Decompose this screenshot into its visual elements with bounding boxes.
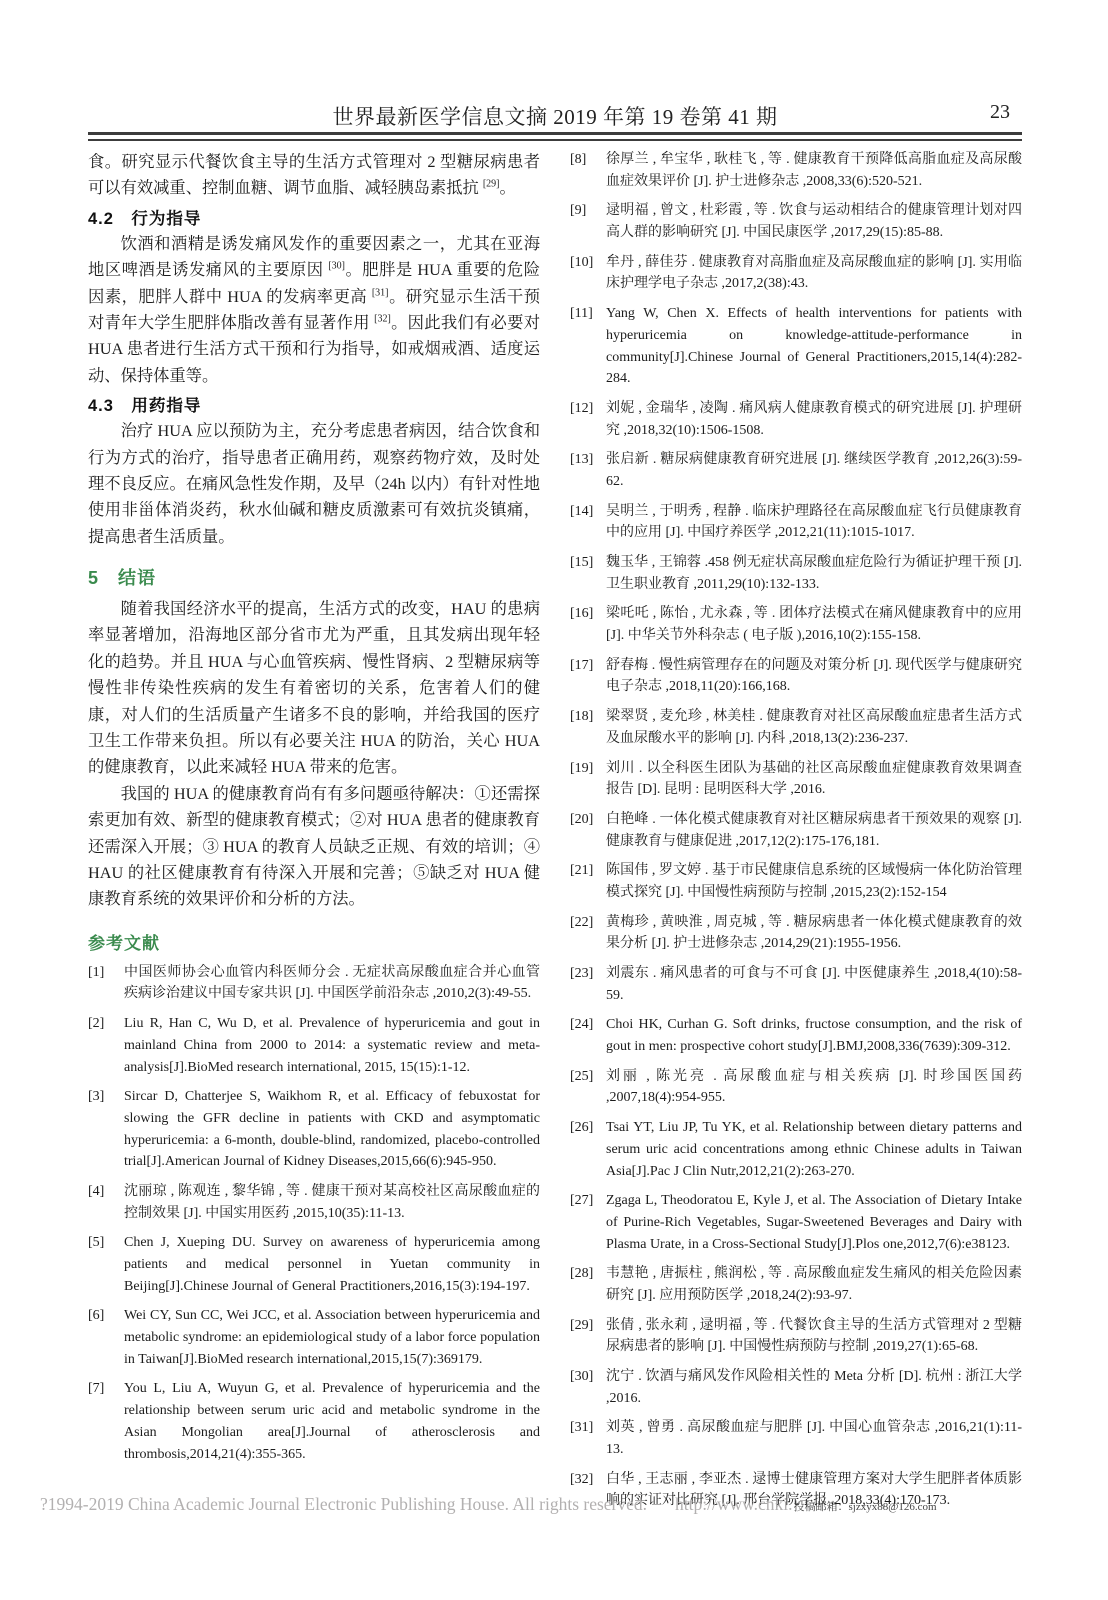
reference-number: [23] <box>570 963 606 1006</box>
section-heading: 4.3 用药指导 <box>88 392 540 416</box>
reference-item: [20]白艳峰 . 一体化模式健康教育对社区糖尿病患者干预效果的观察 [J]. … <box>570 809 1022 852</box>
reference-text: 徐厚兰 , 牟宝华 , 耿桂飞 , 等 . 健康教育干预降低高脂血症及高尿酸血症… <box>606 149 1022 192</box>
reference-item: [11]Yang W, Chen X. Effects of health in… <box>570 303 1022 390</box>
reference-item: [10]牟丹 , 薛佳芬 . 健康教育对高脂血症及高尿酸血症的影响 [J]. 实… <box>570 252 1022 295</box>
reference-number: [26] <box>570 1117 606 1182</box>
body-paragraph: 我国的 HUA 的健康教育尚有有多问题亟待解决：①还需探索更加有效、新型的健康教… <box>88 781 540 913</box>
body-paragraph: 随着我国经济水平的提高，生活方式的改变，HAU 的患病率显著增加，沿海地区部分省… <box>88 596 540 781</box>
reference-number: [5] <box>88 1232 124 1297</box>
reference-number: [30] <box>570 1366 606 1409</box>
reference-item: [2]Liu R, Han C, Wu D, et al. Prevalence… <box>88 1013 540 1078</box>
reference-item: [30]沈宁 . 饮酒与痛风发作风险相关性的 Meta 分析 [D]. 杭州 :… <box>570 1366 1022 1409</box>
reference-item: [15]魏玉华 , 王锦蓉 .458 例无症状高尿酸血症危险行为循证护理干预 [… <box>570 552 1022 595</box>
reference-number: [31] <box>570 1417 606 1460</box>
page-footer: ?1994-2019 China Academic Journal Electr… <box>40 1494 1090 1515</box>
reference-number: [12] <box>570 398 606 441</box>
reference-text: Choi HK, Curhan G. Soft drinks, fructose… <box>606 1014 1022 1057</box>
reference-text: 魏玉华 , 王锦蓉 .458 例无症状高尿酸血症危险行为循证护理干预 [J]. … <box>606 552 1022 595</box>
reference-number: [3] <box>88 1086 124 1173</box>
reference-text: 刘英 , 曾勇 . 高尿酸血症与肥胖 [J]. 中国心血管杂志 ,2016,21… <box>606 1417 1022 1460</box>
reference-list: [1]中国医师协会心血管内科医师分会 . 无症状高尿酸血症合并心血管疾病诊治建议… <box>88 962 540 1465</box>
reference-number: [29] <box>570 1315 606 1358</box>
reference-text: Tsai YT, Liu JP, Tu YK, et al. Relations… <box>606 1117 1022 1182</box>
reference-item: [5]Chen J, Xueping DU. Survey on awarene… <box>88 1232 540 1297</box>
journal-page: 世界最新医学信息文摘 2019 年第 19 卷第 41 期 23 食。研究显示代… <box>0 0 1108 1600</box>
reference-item: [8]徐厚兰 , 牟宝华 , 耿桂飞 , 等 . 健康教育干预降低高脂血症及高尿… <box>570 149 1022 192</box>
reference-number: [11] <box>570 303 606 390</box>
reference-item: [21]陈国伟 , 罗文婷 . 基于市民健康信息系统的区域慢病一体化防治管理模式… <box>570 860 1022 903</box>
reference-item: [24]Choi HK, Curhan G. Soft drinks, fruc… <box>570 1014 1022 1057</box>
reference-item: [23]刘震东 . 痛风患者的可食与不可食 [J]. 中医健康养生 ,2018,… <box>570 963 1022 1006</box>
reference-number: [22] <box>570 912 606 955</box>
reference-number: [10] <box>570 252 606 295</box>
body-paragraph: 治疗 HUA 应以预防为主，充分考虑患者病因，结合饮食和行为方式的治疗，指导患者… <box>88 418 540 550</box>
cnki-url: http://www.cnki. <box>675 1494 792 1514</box>
reference-item: [1]中国医师协会心血管内科医师分会 . 无症状高尿酸血症合并心血管疾病诊治建议… <box>88 962 540 1005</box>
reference-item: [12]刘妮 , 金瑞华 , 凌陶 . 痛风病人健康教育模式的研究进展 [J].… <box>570 398 1022 441</box>
reference-number: [24] <box>570 1014 606 1057</box>
body-paragraph: 饮酒和酒精是诱发痛风发作的重要因素之一，尤其在亚海地区啤酒是诱发痛风的主要原因 … <box>88 231 540 389</box>
reference-number: [6] <box>88 1305 124 1370</box>
reference-item: [19]刘川 . 以全科医生团队为基础的社区高尿酸血症健康教育效果调查报告 [D… <box>570 758 1022 801</box>
citation-superscript: [30] <box>328 261 345 272</box>
reference-text: Chen J, Xueping DU. Survey on awareness … <box>124 1232 540 1297</box>
reference-text: 白艳峰 . 一体化模式健康教育对社区糖尿病患者干预效果的观察 [J]. 健康教育… <box>606 809 1022 852</box>
reference-number: [8] <box>570 149 606 192</box>
body-paragraph: 食。研究显示代餐饮食主导的生活方式管理对 2 型糖尿病患者可以有效减重、控制血糖… <box>88 149 540 202</box>
reference-number: [20] <box>570 809 606 852</box>
reference-text: 刘川 . 以全科医生团队为基础的社区高尿酸血症健康教育效果调查报告 [D]. 昆… <box>606 758 1022 801</box>
copyright-text: ?1994-2019 China Academic Journal Electr… <box>40 1494 647 1514</box>
reference-item: [3]Sircar D, Chatterjee S, Waikhom R, et… <box>88 1086 540 1173</box>
left-column: 食。研究显示代餐饮食主导的生活方式管理对 2 型糖尿病患者可以有效减重、控制血糖… <box>88 149 540 1473</box>
reference-text: Yang W, Chen X. Effects of health interv… <box>606 303 1022 390</box>
submission-email: 投稿邮箱：sjzxyx88@126.com <box>794 1501 937 1513</box>
reference-item: [18]梁翠贤 , 麦允珍 , 林美桂 . 健康教育对社区高尿酸血症患者生活方式… <box>570 706 1022 749</box>
reference-text: 沈丽琼 , 陈观连 , 黎华锦 , 等 . 健康干预对某高校社区高尿酸血症的控制… <box>124 1181 540 1224</box>
reference-text: 韦慧艳 , 唐振柱 , 熊润松 , 等 . 高尿酸血症发生痛风的相关危险因素研究… <box>606 1263 1022 1306</box>
reference-number: [25] <box>570 1066 606 1109</box>
citation-superscript: [32] <box>374 314 391 325</box>
reference-text: 逯明福 , 曾文 , 杜彩霞 , 等 . 饮食与运动相结合的健康管理计划对四高人… <box>606 200 1022 243</box>
page-number: 23 <box>990 101 1010 124</box>
reference-number: [13] <box>570 449 606 492</box>
reference-text: 中国医师协会心血管内科医师分会 . 无症状高尿酸血症合并心血管疾病诊治建议中国专… <box>124 962 540 1005</box>
reference-item: [27]Zgaga L, Theodoratou E, Kyle J, et a… <box>570 1190 1022 1255</box>
reference-number: [9] <box>570 200 606 243</box>
reference-number: [19] <box>570 758 606 801</box>
reference-item: [14]吴明兰 , 于明秀 , 程静 . 临床护理路径在高尿酸血症飞行员健康教育… <box>570 501 1022 544</box>
reference-item: [25]刘丽 , 陈光亮 . 高尿酸血症与相关疾病 [J]. 时珍国医国药 ,2… <box>570 1066 1022 1109</box>
section-heading: 5 结语 <box>88 564 540 590</box>
reference-text: Sircar D, Chatterjee S, Waikhom R, et al… <box>124 1086 540 1173</box>
reference-number: [4] <box>88 1181 124 1224</box>
reference-item: [26]Tsai YT, Liu JP, Tu YK, et al. Relat… <box>570 1117 1022 1182</box>
reference-number: [16] <box>570 603 606 646</box>
reference-number: [7] <box>88 1378 124 1465</box>
reference-number: [18] <box>570 706 606 749</box>
reference-item: [31]刘英 , 曾勇 . 高尿酸血症与肥胖 [J]. 中国心血管杂志 ,201… <box>570 1417 1022 1460</box>
journal-title: 世界最新医学信息文摘 2019 年第 19 卷第 41 期 <box>88 101 1022 131</box>
reference-text: 刘震东 . 痛风患者的可食与不可食 [J]. 中医健康养生 ,2018,4(10… <box>606 963 1022 1006</box>
header-rule <box>88 132 1022 141</box>
reference-text: 张倩 , 张永莉 , 逯明福 , 等 . 代餐饮食主导的生活方式管理对 2 型糖… <box>606 1315 1022 1358</box>
reference-text: 黄梅珍 , 黄映淮 , 周克城 , 等 . 糖尿病患者一体化模式健康教育的效果分… <box>606 912 1022 955</box>
reference-number: [15] <box>570 552 606 595</box>
citation-superscript: [29] <box>483 179 500 190</box>
reference-item: [16]梁吒吒 , 陈怡 , 尤永森 , 等 . 团体疗法模式在痛风健康教育中的… <box>570 603 1022 646</box>
reference-text: 沈宁 . 饮酒与痛风发作风险相关性的 Meta 分析 [D]. 杭州 : 浙江大… <box>606 1366 1022 1409</box>
reference-item: [28]韦慧艳 , 唐振柱 , 熊润松 , 等 . 高尿酸血症发生痛风的相关危险… <box>570 1263 1022 1306</box>
reference-number: [17] <box>570 655 606 698</box>
reference-number: [27] <box>570 1190 606 1255</box>
reference-text: Wei CY, Sun CC, Wei JCC, et al. Associat… <box>124 1305 540 1370</box>
reference-item: [17]舒春梅 . 慢性病管理存在的问题及对策分析 [J]. 现代医学与健康研究… <box>570 655 1022 698</box>
reference-text: 梁吒吒 , 陈怡 , 尤永森 , 等 . 团体疗法模式在痛风健康教育中的应用 [… <box>606 603 1022 646</box>
reference-text: 陈国伟 , 罗文婷 . 基于市民健康信息系统的区域慢病一体化防治管理模式探究 [… <box>606 860 1022 903</box>
two-column-body: 食。研究显示代餐饮食主导的生活方式管理对 2 型糖尿病患者可以有效减重、控制血糖… <box>88 149 1022 1520</box>
reference-item: [13]张启新 . 糖尿病健康教育研究进展 [J]. 继续医学教育 ,2012,… <box>570 449 1022 492</box>
reference-number: [2] <box>88 1013 124 1078</box>
reference-text: 刘丽 , 陈光亮 . 高尿酸血症与相关疾病 [J]. 时珍国医国药 ,2007,… <box>606 1066 1022 1109</box>
reference-text: 牟丹 , 薛佳芬 . 健康教育对高脂血症及高尿酸血症的影响 [J]. 实用临床护… <box>606 252 1022 295</box>
reference-item: [4]沈丽琼 , 陈观连 , 黎华锦 , 等 . 健康干预对某高校社区高尿酸血症… <box>88 1181 540 1224</box>
right-column: [8]徐厚兰 , 牟宝华 , 耿桂飞 , 等 . 健康教育干预降低高脂血症及高尿… <box>570 149 1022 1520</box>
reference-text: 吴明兰 , 于明秀 , 程静 . 临床护理路径在高尿酸血症飞行员健康教育中的应用… <box>606 501 1022 544</box>
reference-text: You L, Liu A, Wuyun G, et al. Prevalence… <box>124 1378 540 1465</box>
reference-number: [1] <box>88 962 124 1005</box>
page-header: 世界最新医学信息文摘 2019 年第 19 卷第 41 期 23 <box>88 101 1022 129</box>
reference-number: [14] <box>570 501 606 544</box>
section-heading: 4.2 行为指导 <box>88 205 540 229</box>
reference-item: [6]Wei CY, Sun CC, Wei JCC, et al. Assoc… <box>88 1305 540 1370</box>
reference-text: 张启新 . 糖尿病健康教育研究进展 [J]. 继续医学教育 ,2012,26(3… <box>606 449 1022 492</box>
reference-text: 梁翠贤 , 麦允珍 , 林美桂 . 健康教育对社区高尿酸血症患者生活方式及血尿酸… <box>606 706 1022 749</box>
reference-item: [9]逯明福 , 曾文 , 杜彩霞 , 等 . 饮食与运动相结合的健康管理计划对… <box>570 200 1022 243</box>
reference-number: [28] <box>570 1263 606 1306</box>
citation-superscript: [31] <box>372 287 389 298</box>
reference-text: Liu R, Han C, Wu D, et al. Prevalence of… <box>124 1013 540 1078</box>
reference-number: [21] <box>570 860 606 903</box>
reference-list: [8]徐厚兰 , 牟宝华 , 耿桂飞 , 等 . 健康教育干预降低高脂血症及高尿… <box>570 149 1022 1512</box>
reference-item: [22]黄梅珍 , 黄映淮 , 周克城 , 等 . 糖尿病患者一体化模式健康教育… <box>570 912 1022 955</box>
reference-item: [29]张倩 , 张永莉 , 逯明福 , 等 . 代餐饮食主导的生活方式管理对 … <box>570 1315 1022 1358</box>
reference-item: [7]You L, Liu A, Wuyun G, et al. Prevale… <box>88 1378 540 1465</box>
reference-text: 舒春梅 . 慢性病管理存在的问题及对策分析 [J]. 现代医学与健康研究电子杂志… <box>606 655 1022 698</box>
reference-text: 刘妮 , 金瑞华 , 凌陶 . 痛风病人健康教育模式的研究进展 [J]. 护理研… <box>606 398 1022 441</box>
reference-text: Zgaga L, Theodoratou E, Kyle J, et al. T… <box>606 1190 1022 1255</box>
references-heading: 参考文献 <box>88 929 540 954</box>
